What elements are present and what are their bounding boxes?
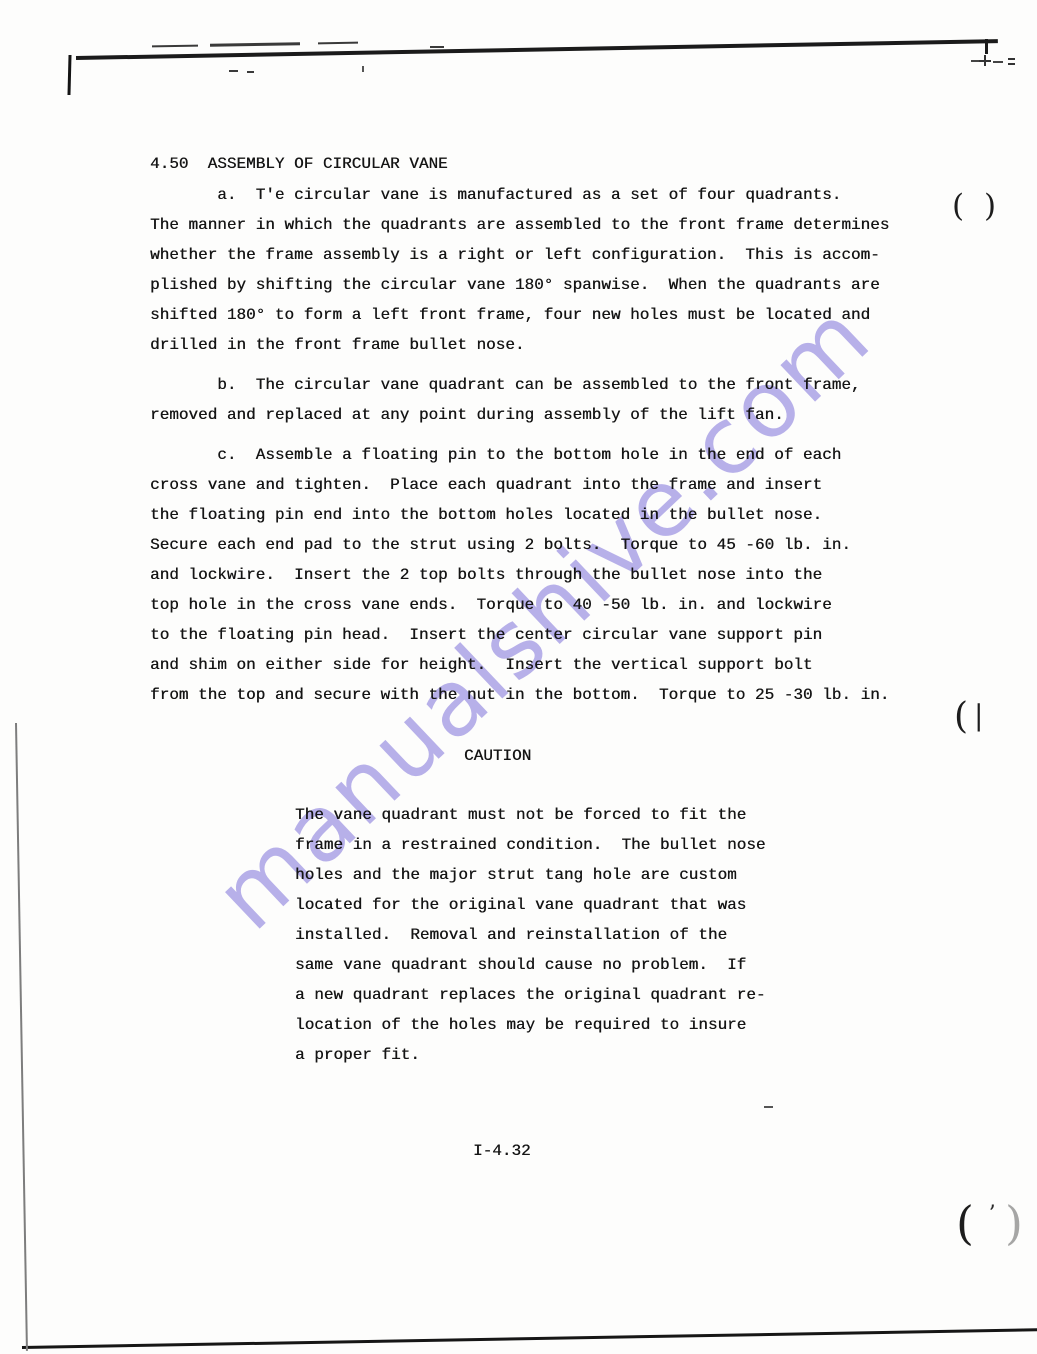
scan-bottom-border-line <box>22 1328 1037 1349</box>
scan-scratch-mark <box>152 45 198 48</box>
scan-left-tick-mark <box>67 55 71 95</box>
bar-mark: | <box>974 699 989 732</box>
scan-scratch-mark <box>318 42 358 45</box>
scan-tick-mark <box>362 66 364 72</box>
scan-corner-mark <box>1008 63 1015 65</box>
scan-dash-mark <box>229 70 238 72</box>
scan-dash-mark <box>247 71 254 73</box>
paragraph-c: c. Assemble a floating pin to the bottom… <box>150 440 889 710</box>
scan-dash-mark <box>764 1106 773 1108</box>
scan-corner-mark <box>1008 58 1015 60</box>
scan-scratch-mark <box>210 42 300 46</box>
scan-corner-mark <box>979 60 991 62</box>
scan-corner-mark <box>993 61 1003 63</box>
caution-paragraph: The vane quadrant must not be forced to … <box>295 800 765 1070</box>
scan-scratch-mark <box>430 46 444 48</box>
paren-mark: ( <box>956 1196 974 1250</box>
scan-corner-mark <box>971 60 979 62</box>
paren-mark: ( <box>954 696 974 737</box>
handwritten-margin-mark: (ʼ) <box>956 1196 1023 1250</box>
paragraph-b: b. The circular vane quadrant can be ass… <box>150 370 861 430</box>
scan-top-border-hook <box>985 39 988 54</box>
caution-heading: CAUTION <box>464 741 531 771</box>
page-number: I-4.32 <box>473 1136 531 1166</box>
section-heading: 4.50 ASSEMBLY OF CIRCULAR VANE <box>150 149 448 179</box>
handwritten-margin-mark: ( ) <box>952 188 1001 224</box>
scan-left-edge-line <box>15 723 28 1351</box>
scanned-manual-page: manualshive.com 4.50 ASSEMBLY OF CIRCULA… <box>0 0 1037 1354</box>
apostrophe-mark: ʼ <box>988 1202 995 1227</box>
handwritten-margin-mark: (| <box>954 696 989 737</box>
scan-top-border-line <box>76 39 998 59</box>
faint-paren-mark: ) <box>1005 1196 1023 1250</box>
paragraph-a: a. T'e circular vane is manufactured as … <box>150 180 889 360</box>
